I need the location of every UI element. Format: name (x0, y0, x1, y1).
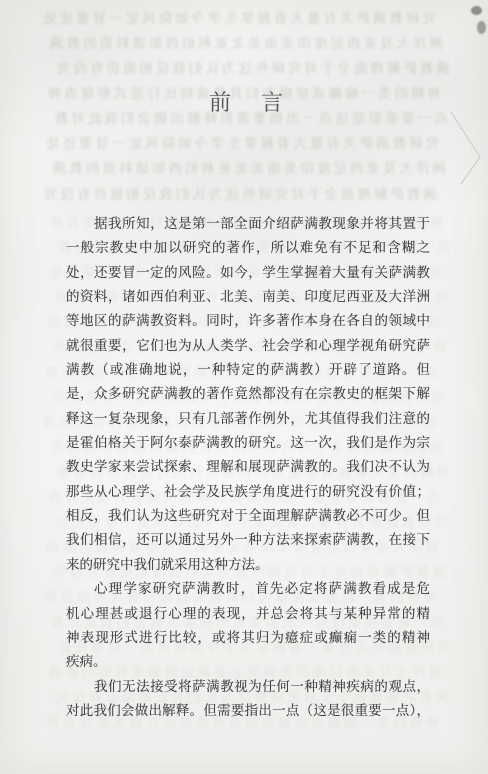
bleedthrough-text: 满教萨解理面全于对究研些这为认们我反相值价有没究 (36, 60, 468, 78)
hair-line (451, 112, 480, 184)
text-line: 我们无法接受将萨满教视为任何一种精神疾病的观点， (66, 675, 430, 699)
text-line: 教史学家来尝试探索、理解和展现萨满教的。我们决不认为 (66, 455, 430, 479)
text-line: 心理学家研究萨满教时，首先必定将萨满教看成是危 (66, 577, 430, 601)
text-line: 是，众多研究萨满教的著作竟然都没有在宗教史的框架下解 (66, 382, 430, 406)
book-page: 究研教满萨关有量大着握掌生学今如险风定一冒要还处洲洋大及亚西尼度印美南美北亚利伯… (0, 0, 488, 774)
text-line: 等地区的萨满教资料。同时，许多著作本身在各自的领域中 (66, 309, 430, 333)
text-line: 机心理甚或退行心理的表现，并总会将其与某种异常的精 (66, 602, 430, 626)
bleedthrough-text: 满教萨解理面全于对究研些这为认们我反相值价有没究 (23, 186, 455, 204)
page-title: 前 言 (66, 86, 430, 117)
text-line: 释这一复杂现象，只有几部著作例外，尤其值得我们注意的 (66, 407, 430, 431)
text-line: 我们相信，还可以通过另外一种方法来探索萨满教，在接下 (66, 528, 430, 552)
text-line: 据我所知，这是第一部全面介绍萨满教现象并将其置于 (66, 212, 430, 236)
bleedthrough-text: 究研教满萨关有量大着握掌生学今如险风定一冒要还处 (25, 135, 457, 153)
text-line: 疾病。 (66, 650, 430, 674)
bleedthrough-text: 洲洋大及亚西尼度印美南美北亚利伯西如诸料资的教满 (29, 35, 461, 53)
bleedthrough-text: 究研教满萨关有量大着握掌生学今如险风定一冒要还处 (22, 10, 454, 28)
text-line: 那些从心理学、社会学及民族学角度进行的研究没有价值； (66, 480, 430, 504)
text-line: 来的研究中我们就采用这种方法。 (66, 553, 430, 577)
text-line: 满教（或准确地说，一种特定的萨满教）开辟了道路。但 (66, 358, 430, 382)
text-line: 处，还要冒一定的风险。如今，学生掌握着大量有关萨满教 (66, 261, 430, 285)
text-line: 就很重要，它们也为从人类学、社会学和心理学视角研究萨 (66, 334, 430, 358)
text-line: 的资料，诸如西伯利亚、北美、南美、印度尼西亚及大洋洲 (66, 285, 430, 309)
text-line: 相反，我们认为这些研究对于全面理解萨满教必不可少。但 (66, 504, 430, 528)
text-line: 是霍伯格关于阿尔泰萨满教的研究。这一次，我们是作为宗 (66, 431, 430, 455)
ink-speck (477, 21, 486, 34)
text-line: 神表现形式进行比较，或将其归为癔症或癫痫一类的精神 (66, 626, 430, 650)
text-line: 一般宗教史中加以研究的著作，所以难免有不足和含糊之 (66, 236, 430, 260)
text-line: 对此我们会做出解释。但需要指出一点（这是很重要一点）， (66, 699, 430, 723)
preface-body: 据我所知，这是第一部全面介绍萨满教现象并将其置于一般宗教史中加以研究的著作，所以… (66, 212, 430, 723)
ink-speck (471, 6, 482, 15)
bleedthrough-text: 洲洋大及亚西尼度印美南美北亚利伯西如诸料资的教满 (32, 160, 464, 178)
